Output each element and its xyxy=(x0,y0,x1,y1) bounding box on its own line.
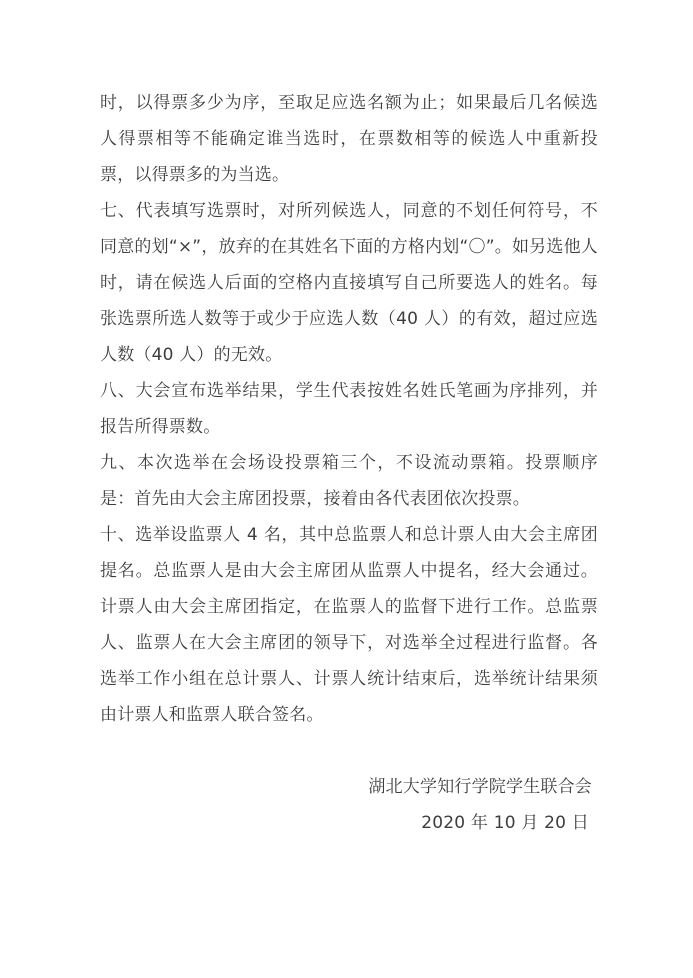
paragraph-item-9: 九、本次选举在会场设投票箱三个，不设流动票箱。投票顺序是：首先由大会主席团投票，… xyxy=(100,445,598,517)
date-line: 2020 年 10 月 20 日 xyxy=(100,805,598,841)
paragraph-continuation: 时，以得票多少为序，至取足应选名额为止；如果最后几名候选人得票相等不能确定谁当选… xyxy=(100,85,598,193)
paragraph-item-7: 七、代表填写选票时，对所列候选人，同意的不划任何符号，不同意的划“×”，放弃的在… xyxy=(100,193,598,373)
paragraph-item-8: 八、大会宣布选举结果，学生代表按姓名姓氏笔画为序排列，并报告所得票数。 xyxy=(100,373,598,445)
document-body: 时，以得票多少为序，至取足应选名额为止；如果最后几名候选人得票相等不能确定谁当选… xyxy=(100,85,598,841)
document-page: 时，以得票多少为序，至取足应选名额为止；如果最后几名候选人得票相等不能确定谁当选… xyxy=(0,0,693,978)
signature-line: 湖北大学知行学院学生联合会 xyxy=(100,769,598,805)
paragraph-item-10: 十、选举设监票人 4 名，其中总监票人和总计票人由大会主席团提名。总监票人是由大… xyxy=(100,517,598,733)
